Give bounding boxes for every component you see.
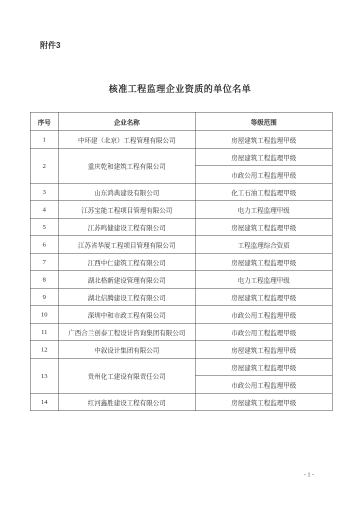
table-row: 9湖北信腾建设工程有限公司房屋建筑工程监理甲级 [30, 288, 332, 306]
approval-table-body: 1中环建（北京）工程管理有限公司房屋建筑工程监理甲级2重庆乾和建筑工程有限公司房… [30, 131, 332, 411]
table-row: 2重庆乾和建筑工程有限公司房屋建筑工程监理甲级 [30, 148, 332, 166]
table-header-row: 序号 企业名称 等级范围 [30, 112, 332, 131]
company-name-cell: 江苏鸣健建设工程有限公司 [58, 218, 195, 236]
serial-number-cell: 7 [30, 253, 58, 271]
table-row: 3山东鸿典建设有限公司化工石油工程监理甲级 [30, 183, 332, 201]
company-name-cell: 中环建（北京）工程管理有限公司 [58, 131, 195, 149]
grade-scope-cell: 市政公用工程监理甲级 [195, 376, 332, 394]
table-row: 8湖北格新建设管理有限公司电力工程监理甲级 [30, 271, 332, 289]
table-row: 14红河鑫胜建设工程有限公司房屋建筑工程监理甲级 [30, 393, 332, 411]
serial-number-cell: 6 [30, 236, 58, 254]
grade-scope-cell: 房屋建筑工程监理甲级 [195, 288, 332, 306]
table-row: 5江苏鸣健建设工程有限公司房屋建筑工程监理甲级 [30, 218, 332, 236]
approval-table: 序号 企业名称 等级范围 1中环建（北京）工程管理有限公司房屋建筑工程监理甲级2… [30, 112, 333, 411]
company-name-cell: 深圳中和市政工程有限公司 [58, 306, 195, 324]
serial-number-cell: 3 [30, 183, 58, 201]
company-name-cell: 中叙设计集团有限公司 [58, 341, 195, 359]
grade-scope-cell: 市政公用工程监理甲级 [195, 166, 332, 184]
table-row: 6江苏省华厦工程项目管理有限公司工程监理综合资质 [30, 236, 332, 254]
company-name-cell: 红河鑫胜建设工程有限公司 [58, 393, 195, 411]
grade-scope-cell: 化工石油工程监理甲级 [195, 183, 332, 201]
serial-number-cell: 8 [30, 271, 58, 289]
company-name-cell: 重庆乾和建筑工程有限公司 [58, 148, 195, 183]
serial-number-cell: 1 [30, 131, 58, 149]
grade-scope-cell: 电力工程监理甲级 [195, 271, 332, 289]
serial-number-cell: 11 [30, 323, 58, 341]
table-row: 4江苏宝能工程项目管理有限公司电力工程监理甲级 [30, 201, 332, 219]
grade-scope-cell: 房屋建筑工程监理甲级 [195, 341, 332, 359]
table-row: 12中叙设计集团有限公司房屋建筑工程监理甲级 [30, 341, 332, 359]
page-title: 核准工程监理企业资质的单位名单 [0, 82, 360, 95]
table-row: 13贵州化工建设有限责任公司房屋建筑工程监理甲级 [30, 358, 332, 376]
grade-scope-cell: 房屋建筑工程监理甲级 [195, 148, 332, 166]
company-name-cell: 江西中仁建筑工程有限公司 [58, 253, 195, 271]
grade-scope-cell: 房屋建筑工程监理甲级 [195, 218, 332, 236]
header-serial-number: 序号 [30, 112, 58, 131]
company-name-cell: 江苏省华厦工程项目管理有限公司 [58, 236, 195, 254]
grade-scope-cell: 房屋建筑工程监理甲级 [195, 253, 332, 271]
grade-scope-cell: 市政公用工程监理甲级 [195, 306, 332, 324]
serial-number-cell: 14 [30, 393, 58, 411]
serial-number-cell: 2 [30, 148, 58, 183]
company-name-cell: 湖北格新建设管理有限公司 [58, 271, 195, 289]
document-page: 附件3 核准工程监理企业资质的单位名单 序号 企业名称 等级范围 1中环建（北京… [0, 0, 360, 509]
grade-scope-cell: 房屋建筑工程监理甲级 [195, 358, 332, 376]
serial-number-cell: 13 [30, 358, 58, 393]
serial-number-cell: 9 [30, 288, 58, 306]
company-name-cell: 贵州化工建设有限责任公司 [58, 358, 195, 393]
table-row: 1中环建（北京）工程管理有限公司房屋建筑工程监理甲级 [30, 131, 332, 149]
company-name-cell: 湖北信腾建设工程有限公司 [58, 288, 195, 306]
grade-scope-cell: 市政公用工程监理甲级 [195, 323, 332, 341]
company-name-cell: 山东鸿典建设有限公司 [58, 183, 195, 201]
serial-number-cell: 12 [30, 341, 58, 359]
table-row: 11广西合兰创泰工程设计咨询集团有限公司市政公用工程监理甲级 [30, 323, 332, 341]
grade-scope-cell: 电力工程监理甲级 [195, 201, 332, 219]
table-row: 7江西中仁建筑工程有限公司房屋建筑工程监理甲级 [30, 253, 332, 271]
table-row: 10深圳中和市政工程有限公司市政公用工程监理甲级 [30, 306, 332, 324]
header-grade-scope: 等级范围 [195, 112, 332, 131]
attachment-label: 附件3 [40, 39, 60, 51]
grade-scope-cell: 房屋建筑工程监理甲级 [195, 131, 332, 149]
serial-number-cell: 10 [30, 306, 58, 324]
company-name-cell: 广西合兰创泰工程设计咨询集团有限公司 [58, 323, 195, 341]
header-company-name: 企业名称 [58, 112, 195, 131]
serial-number-cell: 4 [30, 201, 58, 219]
serial-number-cell: 5 [30, 218, 58, 236]
company-name-cell: 江苏宝能工程项目管理有限公司 [58, 201, 195, 219]
grade-scope-cell: 工程监理综合资质 [195, 236, 332, 254]
page-number: - 1 - [294, 471, 324, 479]
grade-scope-cell: 房屋建筑工程监理甲级 [195, 393, 332, 411]
